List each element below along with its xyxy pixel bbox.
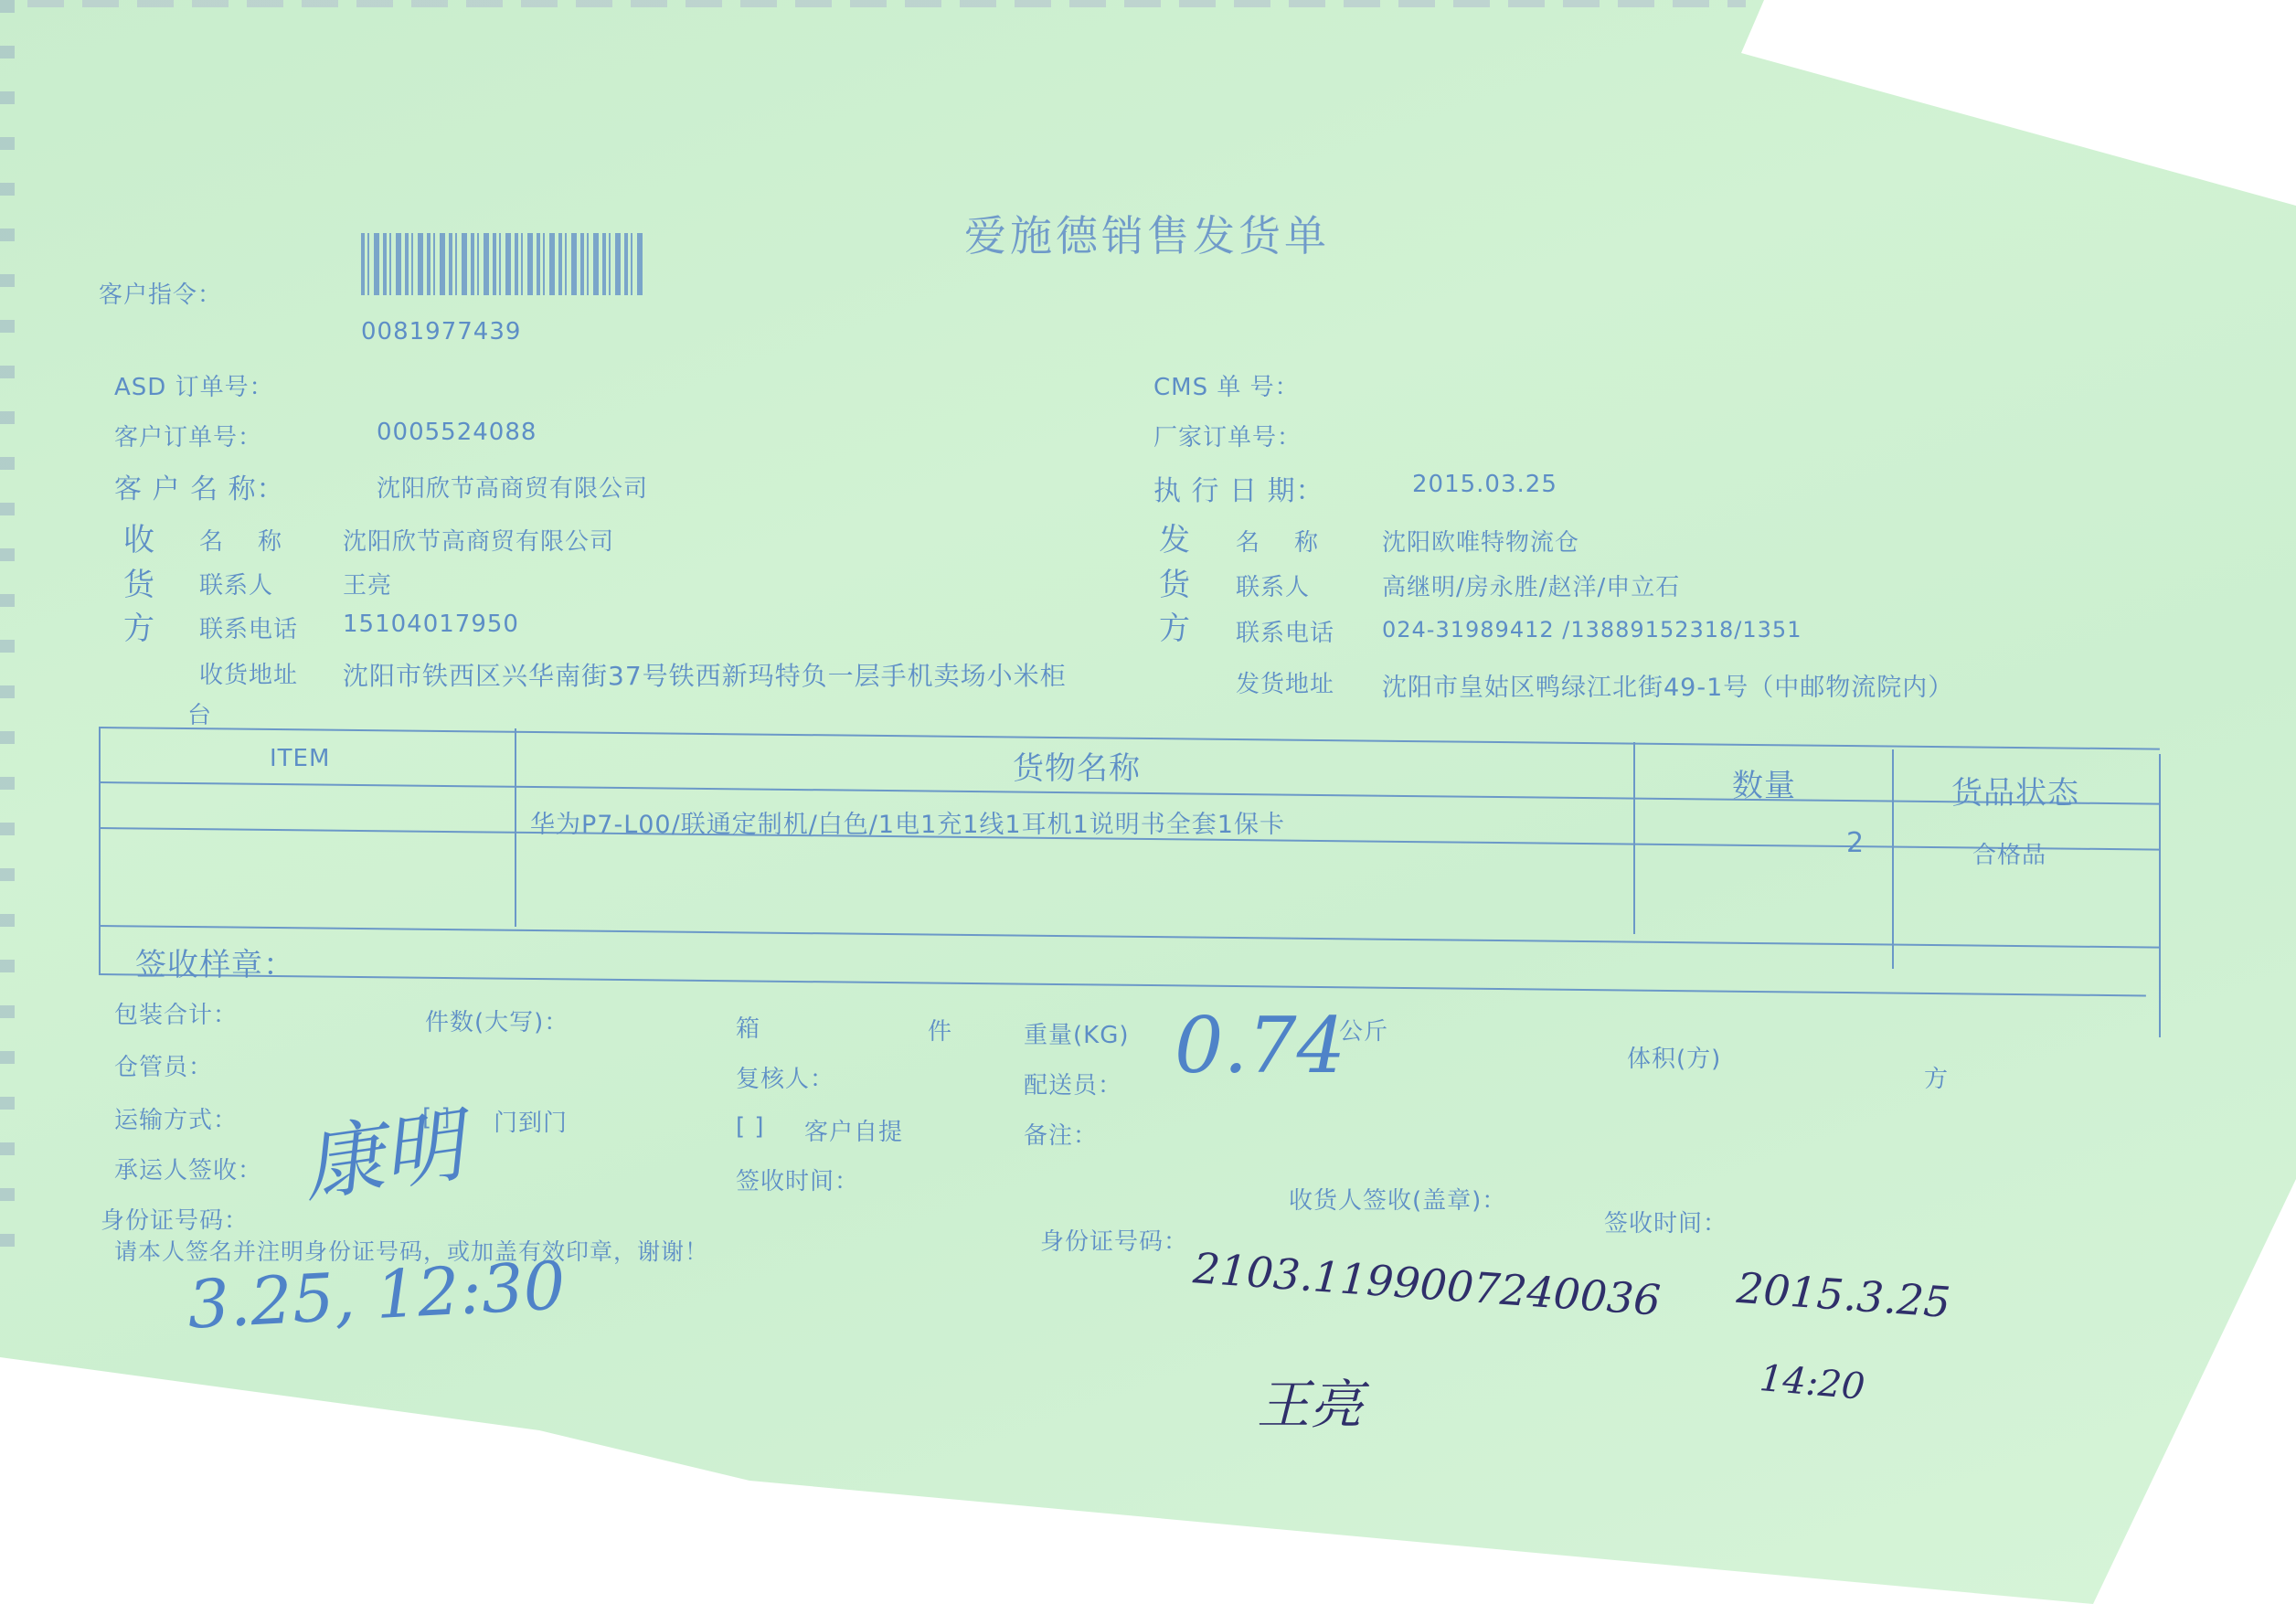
top-tear-edge	[27, 0, 1746, 7]
sign-stamp-label: 签收样章：	[135, 940, 295, 984]
self-pickup-checkbox[interactable]: [ ]	[736, 1113, 765, 1141]
consignee-sign-label: 收货人签收(盖章)：	[1289, 1182, 1506, 1216]
shipper-contact-label: 联系人	[1236, 568, 1310, 602]
consignee-id-handwritten: 2103.1199007240036	[1192, 1243, 1663, 1325]
receiver-contact-value: 王亮	[343, 567, 392, 600]
tractor-feed-perforation	[0, 0, 15, 1280]
item-qty-cell: 2	[1846, 827, 1865, 859]
package-total-label: 包装合计：	[114, 996, 238, 1030]
barcode-number: 0081977439	[361, 318, 521, 345]
items-header-name: 货物名称	[1013, 743, 1141, 788]
receiver-name-label: 名 称	[199, 523, 282, 557]
box-label: 箱	[736, 1010, 760, 1044]
weight-handwritten: 0.74	[1175, 1001, 1345, 1090]
door-to-door-label: 门到门	[494, 1104, 568, 1138]
factory-order-label: 厂家订单号：	[1153, 419, 1302, 452]
customer-order-value: 0005524088	[377, 419, 537, 446]
receiver-side-label-2: 货	[123, 559, 155, 604]
transport-label: 运输方式：	[114, 1101, 238, 1135]
shipper-name-value: 沈阳欧唯特物流仓	[1382, 524, 1579, 558]
carrier-signature: 康明	[294, 1081, 470, 1217]
pieces-upper-label: 件数(大写)：	[425, 1004, 569, 1037]
customer-name-label: 客 户 名 称：	[114, 466, 285, 506]
exec-date-label: 执 行 日 期：	[1153, 468, 1324, 508]
warehouse-keeper-label: 仓管员：	[114, 1048, 213, 1082]
shipper-side-label-3: 方	[1159, 603, 1191, 648]
cms-label: CMS 单 号：	[1153, 368, 1300, 402]
carrier-id-label: 身份证号码：	[101, 1202, 249, 1236]
items-header-qty: 数量	[1732, 760, 1796, 805]
reviewer-label: 复核人：	[736, 1060, 834, 1094]
receiver-name-value: 沈阳欣节高商贸有限公司	[343, 523, 614, 557]
carrier-sign-time-label: 签收时间：	[736, 1163, 859, 1196]
item-status-cell: 合格品	[1972, 836, 2046, 870]
piece-label: 件	[928, 1013, 952, 1046]
weight-label: 重量(KG)	[1024, 1016, 1130, 1050]
shipper-name-label: 名 称	[1236, 524, 1319, 558]
shipper-address-value: 沈阳市皇姑区鸭绿江北街49-1号（中邮物流院内）	[1382, 667, 1953, 703]
delivery-person-label: 配送员：	[1024, 1067, 1122, 1100]
carrier-sign-label: 承运人签收：	[114, 1152, 262, 1185]
receiver-address-value: 沈阳市铁西区兴华南街37号铁西新玛特负一层手机卖场小米柜	[343, 656, 1067, 693]
shipper-phone-label: 联系电话	[1236, 614, 1334, 648]
receiver-side-label-1: 收	[123, 515, 155, 559]
receiver-contact-label: 联系人	[199, 567, 273, 600]
remarks-label: 备注：	[1024, 1117, 1098, 1151]
barcode-label: 客户指令：	[99, 276, 222, 310]
items-header-status: 货品状态	[1951, 768, 2079, 813]
customer-name-value: 沈阳欣节高商贸有限公司	[377, 470, 648, 504]
receiver-address-label: 收货地址	[199, 656, 298, 690]
shipper-contact-value: 高继明/房永胜/赵洋/申立石	[1382, 568, 1680, 602]
volume-unit: 方	[1924, 1060, 1949, 1094]
self-pickup-label: 客户自提	[804, 1113, 903, 1147]
receiver-phone-label: 联系电话	[199, 611, 298, 644]
receiver-phone-value: 15104017950	[343, 611, 519, 638]
shipper-address-label: 发货地址	[1236, 665, 1334, 699]
receiver-side-label-3: 方	[123, 603, 155, 648]
consignee-time-handwritten: 14:20	[1758, 1357, 1866, 1408]
customer-order-label: 客户订单号：	[114, 419, 262, 452]
document-title: 爱施德销售发货单	[964, 203, 1330, 263]
consignee-signature: 王亮	[1257, 1362, 1363, 1439]
delivery-slip-paper: 爱施德销售发货单 客户指令： 0081977439 ASD 订单号： 客户订单号…	[0, 0, 2296, 1604]
consignee-id-label: 身份证号码：	[1040, 1223, 1188, 1257]
receiver-address-wrap: 台	[187, 696, 212, 730]
shipper-side-label-2: 货	[1159, 559, 1191, 604]
barcode-icon	[361, 233, 644, 295]
volume-label: 体积(方)	[1627, 1040, 1721, 1074]
exec-date-value: 2015.03.25	[1412, 471, 1557, 498]
consignee-date-handwritten: 2015.3.25	[1735, 1263, 1951, 1327]
shipper-side-label-1: 发	[1159, 515, 1191, 559]
weight-unit: 公斤	[1339, 1013, 1388, 1046]
items-header-item: ITEM	[270, 745, 330, 772]
item-name-cell: 华为P7-L00/联通定制机/白色/1电1充1线1耳机1说明书全套1保卡	[530, 804, 1285, 840]
asd-order-label: ASD 订单号：	[114, 368, 274, 402]
shipper-phone-value: 024-31989412 /13889152318/1351	[1382, 617, 1802, 643]
consignee-time-label: 签收时间：	[1604, 1205, 1727, 1238]
